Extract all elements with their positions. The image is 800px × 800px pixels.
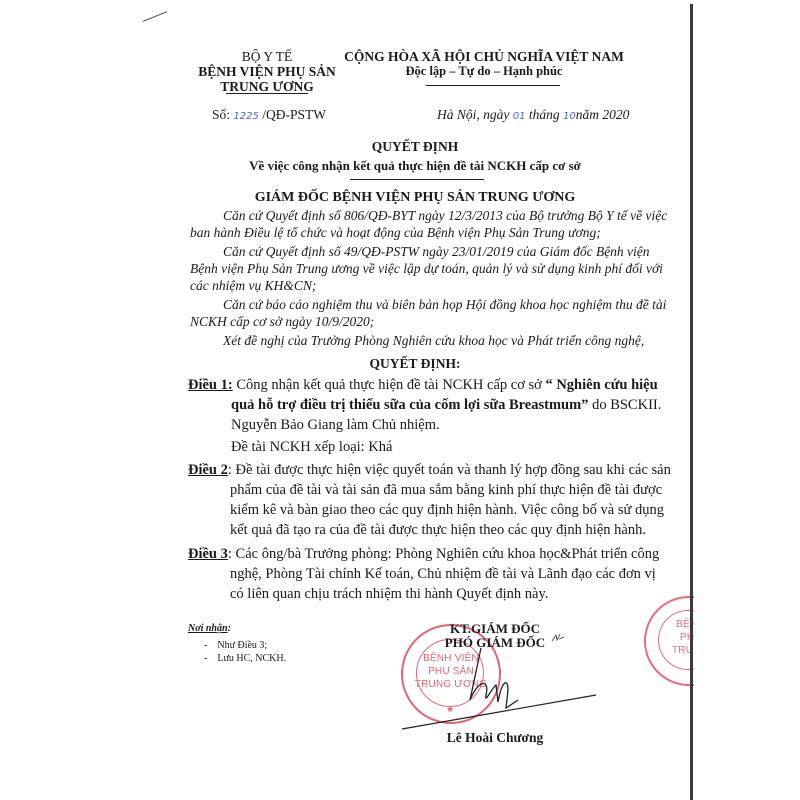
preamble-line: NCKH cấp cơ sở ngày 10/9/2020; [190,313,631,330]
date-year: năm 2020 [576,107,630,122]
recipient-text: Lưu HC, NCKH. [217,653,286,664]
initials-mark [551,630,565,640]
article-1-text-cont: do BSCKII. [588,397,661,413]
article-1-topic: “ Nghiên cứu hiệu [545,377,657,393]
article-1-topic-cont: quả hỗ trợ điều trị thiếu sữa của cốm lợ… [231,397,588,413]
preamble-line: Căn cứ Quyết định số 49/QĐ-PSTW ngày 23/… [190,243,631,260]
preamble-line: Căn cứ báo cáo nghiệm thu và biên bản họ… [190,296,631,313]
document-date: Hà Nội, ngày 01 tháng 10năm 2020 [437,107,629,124]
preamble-line: các nhiệm vụ KH&CN; [190,277,631,294]
document-title: QUYẾT ĐỊNH [250,139,580,155]
handwritten-signature [400,640,600,740]
article-2-label: Điều 2 [188,462,228,478]
motto-underline [426,85,560,86]
edge-stamp-line: TRUN [666,644,726,657]
preamble-line: ban hành Điều lệ tổ chức và hoạt động củ… [190,224,631,241]
decision-heading: QUYẾT ĐỊNH: [300,356,530,372]
article-2: Điều 2: Đề tài được thực hiện việc quyết… [188,460,631,540]
edge-stamp: BỆN PH TRUN [644,596,734,686]
article-1-label: Điều 1: [188,377,233,393]
national-header: CỘNG HÒA XÃ HỘI CHỦ NGHĨA VIỆT NAM Độc l… [334,49,634,79]
scan-mark [143,11,167,22]
recipients-label: Nơi nhận [188,623,228,634]
edge-stamp-line: BỆN [666,618,726,631]
article-3: Điều 3: Các ông/bà Trưởng phòng: Phòng N… [188,544,631,604]
handwritten-month: 10 [563,111,576,122]
article-1-lead: Nguyễn Bảo Giang làm Chủ nhiệm. [188,415,631,435]
recipients-colon: : [228,623,231,634]
article-1-rating: Đề tài NCKH xếp loại: Khá [188,437,631,457]
number-suffix: /QĐ-PSTW [262,107,326,122]
edge-stamp-line: PH [666,631,726,644]
article-1: Điều 1: Công nhận kết quả thực hiện đề t… [188,375,631,457]
handwritten-day: 01 [513,111,526,122]
authority-heading: GIÁM ĐỐC BỆNH VIỆN PHỤ SẢN TRUNG ƯƠNG [200,190,630,206]
article-3-line: có liên quan chịu trách nhiệm thi hành Q… [188,584,631,604]
recipients-block: Nơi nhận: - Như Điều 3; - Lưu HC, NCKH. [188,622,286,665]
issuer-underline [226,93,308,94]
recipient-item: - Lưu HC, NCKH. [188,652,286,665]
document-subtitle: Về việc công nhận kết quả thực hiện đề t… [200,158,630,174]
preamble-line: Xét đề nghị của Trưởng Phòng Nghiên cứu … [190,332,631,349]
signer-name: Lê Hoài Chương [430,730,560,746]
article-2-line: kết quả đã tạo ra của đề tài được thực h… [188,520,631,540]
article-3-colon: : [228,546,232,562]
article-2-colon: : [228,462,232,478]
document-number: Số: 1225 /QĐ-PSTW [212,107,326,124]
recipient-item: - Như Điều 3; [188,639,286,652]
number-prefix: Số: [212,107,230,122]
page-edge [690,4,693,800]
article-3-line: nghệ, Phòng Tài chính Kế toán, Chủ nhiệm… [188,564,631,584]
article-3-line: Các ông/bà Trưởng phòng: Phòng Nghiên cứ… [236,546,660,562]
date-prefix: Hà Nội, ngày [437,107,509,122]
republic-name: CỘNG HÒA XÃ HỘI CHỦ NGHĨA VIỆT NAM [334,49,634,64]
preamble-line: Căn cứ Quyết định số 806/QĐ-BYT ngày 12/… [190,207,631,224]
subtitle-underline [350,179,484,180]
article-1-text: Công nhận kết quả thực hiện đề tài NCKH … [236,377,545,393]
article-2-line: Đề tài được thực hiện việc quyết toán và… [236,462,671,478]
hospital-name-line2: TRUNG ƯƠNG [167,79,367,94]
handwritten-number: 1225 [233,111,258,122]
national-motto: Độc lập – Tự do – Hạnh phúc [334,64,634,79]
recipient-text: Như Điều 3; [217,640,267,651]
signature-line1: KT.GIÁM ĐỐC [430,622,560,636]
article-3-label: Điều 3 [188,546,228,562]
preamble: Căn cứ Quyết định số 806/QĐ-BYT ngày 12/… [190,207,631,349]
preamble-line: Bệnh viện Phụ Sản Trung ương về việc lập… [190,260,631,277]
date-month-label: tháng [529,107,560,122]
article-2-line: phẩm của đề tài và tài sản đã mua sắm bằ… [188,480,631,500]
article-2-line: kiểm kê và bàn giao theo các quy định hi… [188,500,631,520]
